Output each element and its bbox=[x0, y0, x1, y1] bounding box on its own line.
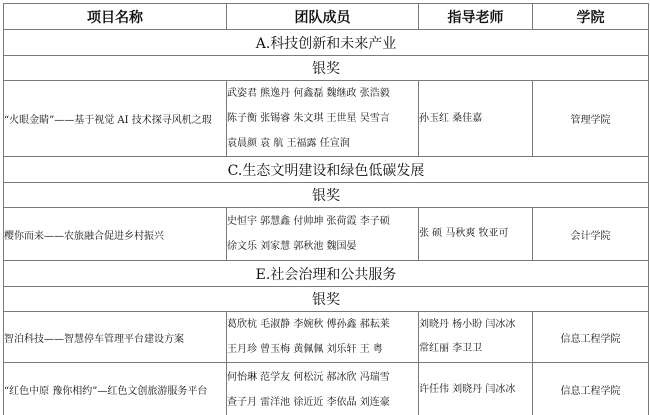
table-row: “红色中原 豫你相约”—红色文创旅游服务平台 何怡琳 范学友 何松沅 郝冰欣 冯… bbox=[4, 363, 649, 415]
award-row: 银奖 bbox=[4, 56, 649, 81]
advisors: 张 硕 马秋爽 牧亚可 bbox=[419, 208, 533, 261]
member-line: 葛欣杭 毛淑静 李婉秋 傅孙鑫 郝耘莱 bbox=[227, 312, 418, 337]
team-members: 武姿君 熊逸丹 何鑫磊 魏继政 张浩毅 陈子衡 张锡睿 朱文琪 王世星 吴雪言 … bbox=[227, 81, 419, 157]
project-name: “火眼金睛”——基于视觉 AI 技术探寻风机之瑕 bbox=[4, 81, 227, 157]
header-advisor: 指导老师 bbox=[419, 4, 533, 30]
member-line: 徐文乐 刘家慧 郭秋池 魏国晏 bbox=[227, 234, 418, 259]
member-line: 查子月 雷洋池 徐近近 李依晶 刘连豪 bbox=[227, 390, 418, 415]
college: 信息工程学院 bbox=[533, 363, 649, 415]
award-row: 银奖 bbox=[4, 287, 649, 312]
advisor-line: 张 硕 马秋爽 牧亚可 bbox=[419, 222, 532, 246]
award-row: 银奖 bbox=[4, 183, 649, 208]
section-row: C.生态文明建设和绿色低碳发展 bbox=[4, 157, 649, 183]
advisor-line: 常红丽 李卫卫 bbox=[419, 337, 532, 361]
member-line: 袁晨颜 袁 航 王福露 任宣润 bbox=[227, 131, 418, 156]
table-row: 智泊科技——智慧停车管理平台建设方案 葛欣杭 毛淑静 李婉秋 傅孙鑫 郝耘莱 王… bbox=[4, 312, 649, 363]
team-members: 何怡琳 范学友 何松沅 郝冰欣 冯瑞雪 查子月 雷洋池 徐近近 李依晶 刘连豪 bbox=[227, 363, 419, 415]
award-level: 银奖 bbox=[4, 287, 649, 312]
advisor-line: 刘晓丹 杨小盼 闫冰冰 bbox=[419, 313, 532, 337]
awards-table: 项目名称 团队成员 指导老师 学院 A.科技创新和未来产业 银奖 “火眼金睛”—… bbox=[3, 3, 649, 415]
project-name: 智泊科技——智慧停车管理平台建设方案 bbox=[4, 312, 227, 363]
section-row: E.社会治理和公共服务 bbox=[4, 261, 649, 287]
header-college: 学院 bbox=[533, 4, 649, 30]
advisors: 刘晓丹 杨小盼 闫冰冰 常红丽 李卫卫 bbox=[419, 312, 533, 363]
member-line: 何怡琳 范学友 何松沅 郝冰欣 冯瑞雪 bbox=[227, 365, 418, 390]
member-line: 武姿君 熊逸丹 何鑫磊 魏继政 张浩毅 bbox=[227, 81, 418, 106]
header-members: 团队成员 bbox=[227, 4, 419, 30]
advisors: 孙玉红 桑佳嘉 bbox=[419, 81, 533, 157]
college: 管理学院 bbox=[533, 81, 649, 157]
header-row: 项目名称 团队成员 指导老师 学院 bbox=[4, 4, 649, 30]
project-name: 樱你而来——农旅融合促进乡村振兴 bbox=[4, 208, 227, 261]
award-level: 银奖 bbox=[4, 56, 649, 81]
advisor-line: 许任伟 刘晓丹 闫冰冰 bbox=[419, 378, 532, 402]
section-title: A.科技创新和未来产业 bbox=[4, 30, 649, 56]
table-row: “火眼金睛”——基于视觉 AI 技术探寻风机之瑕 武姿君 熊逸丹 何鑫磊 魏继政… bbox=[4, 81, 649, 157]
section-title: C.生态文明建设和绿色低碳发展 bbox=[4, 157, 649, 183]
team-members: 史恒宇 郭慧鑫 付帅坤 张荷霞 李子硕 徐文乐 刘家慧 郭秋池 魏国晏 bbox=[227, 208, 419, 261]
table-row: 樱你而来——农旅融合促进乡村振兴 史恒宇 郭慧鑫 付帅坤 张荷霞 李子硕 徐文乐… bbox=[4, 208, 649, 261]
college: 信息工程学院 bbox=[533, 312, 649, 363]
team-members: 葛欣杭 毛淑静 李婉秋 傅孙鑫 郝耘莱 王月珍 曾玉梅 黄佩佩 刘乐轩 王 粤 bbox=[227, 312, 419, 363]
section-row: A.科技创新和未来产业 bbox=[4, 30, 649, 56]
advisors: 许任伟 刘晓丹 闫冰冰 bbox=[419, 363, 533, 415]
advisor-line: 孙玉红 桑佳嘉 bbox=[419, 107, 532, 131]
member-line: 陈子衡 张锡睿 朱文琪 王世星 吴雪言 bbox=[227, 106, 418, 131]
member-line: 史恒宇 郭慧鑫 付帅坤 张荷霞 李子硕 bbox=[227, 209, 418, 234]
project-name: “红色中原 豫你相约”—红色文创旅游服务平台 bbox=[4, 363, 227, 415]
header-project: 项目名称 bbox=[4, 4, 227, 30]
member-line: 王月珍 曾玉梅 黄佩佩 刘乐轩 王 粤 bbox=[227, 337, 418, 362]
award-level: 银奖 bbox=[4, 183, 649, 208]
college: 会计学院 bbox=[533, 208, 649, 261]
section-title: E.社会治理和公共服务 bbox=[4, 261, 649, 287]
